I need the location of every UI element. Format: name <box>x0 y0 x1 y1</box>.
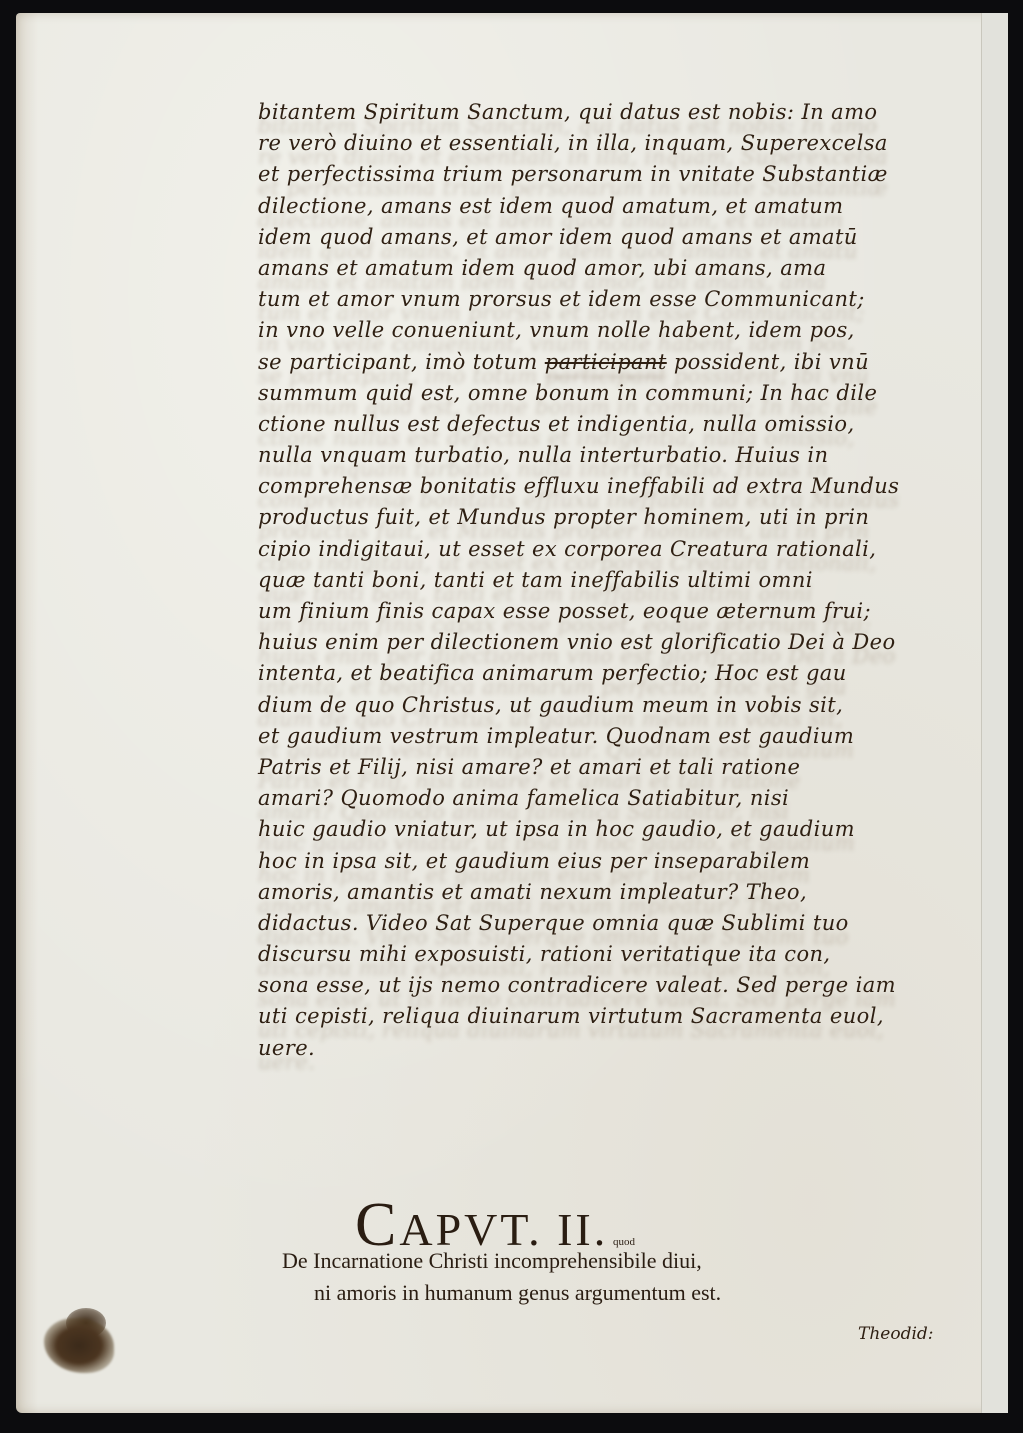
text-line: cipio indigitaui, ut esset ex corporea C… <box>258 534 974 565</box>
text-line: amans et amatum idem quod amor, ubi aman… <box>258 253 974 284</box>
text-segment: possident, ibi vnū <box>667 350 869 374</box>
text-line: amari? Quomodo anima famelica Satiabitur… <box>258 783 974 814</box>
text-line: Patris et Filij, nisi amare? et amari et… <box>258 752 974 783</box>
text-line: dilectione, amans est idem quod amatum, … <box>258 191 974 222</box>
text-line: et gaudium vestrum impleatur. Quodnam es… <box>258 721 974 752</box>
text-line: uere. <box>258 1033 974 1064</box>
text-line: uti cepisti, reliqua diuinarum virtutum … <box>258 1001 974 1032</box>
text-line: ctione nullus est defectus et indigentia… <box>258 409 974 440</box>
text-line: re verò diuino et essentiali, in illa, i… <box>258 128 974 159</box>
chapter-title: De Incarnatione Christi incomprehensibil… <box>282 1245 982 1309</box>
page-edge-fold <box>981 13 1008 1413</box>
text-line: comprehensæ bonitatis effluxu ineffabili… <box>258 471 974 502</box>
text-line: tum et amor vnum prorsus et idem esse Co… <box>258 284 974 315</box>
text-line: huius enim per dilectionem vnio est glor… <box>258 627 974 658</box>
text-line: discursu mihi exposuisti, rationi verita… <box>258 939 974 970</box>
text-line: nulla vnquam turbatio, nulla interturbat… <box>258 440 974 471</box>
text-line: summum quid est, omne bonum in communi; … <box>258 378 974 409</box>
body-text: bitantem Spiritum Sanctum, qui datus est… <box>258 97 974 1064</box>
struck-word: participant <box>545 350 667 374</box>
text-line: dium de quo Christus, ut gaudium meum in… <box>258 690 974 721</box>
text-line: sona esse, ut ijs nemo contradicere vale… <box>258 970 974 1001</box>
text-line: intenta, et beatifica animarum perfectio… <box>258 658 974 689</box>
text-line: productus fuit, et Mundus propter homine… <box>258 502 974 533</box>
text-line: um finium finis capax esse posset, eoque… <box>258 596 974 627</box>
text-line: quæ tanti boni, tanti et tam ineffabilis… <box>258 565 974 596</box>
text-line: in vno velle conueniunt, vnum nolle habe… <box>258 315 974 346</box>
text-line: et perfectissima trium personarum in vni… <box>258 159 974 190</box>
manuscript-scan: bitantem Spiritum Sanctum, qui datus est… <box>0 0 1023 1433</box>
text-line: hoc in ipsa sit, et gaudium eius per ins… <box>258 846 974 877</box>
chapter-title-line-1: De Incarnatione Christi incomprehensibil… <box>282 1245 982 1277</box>
chapter-title-line-2: ni amoris in humanum genus argumentum es… <box>282 1277 982 1309</box>
text-segment: se participant, imò totum <box>258 350 545 374</box>
text-line-with-deletion: se participant, imò totum participant po… <box>258 347 974 378</box>
text-line: bitantem Spiritum Sanctum, qui datus est… <box>258 97 974 128</box>
text-line: didactus. Video Sat Superque omnia quæ S… <box>258 908 974 939</box>
text-line: huic gaudio vniatur, ut ipsa in hoc gaud… <box>258 814 974 845</box>
catchword: Theodid: <box>858 1324 934 1344</box>
text-line: idem quod amans, et amor idem quod amans… <box>258 222 974 253</box>
text-line: amoris, amantis et amati nexum impleatur… <box>258 877 974 908</box>
ink-stain <box>44 1318 114 1373</box>
